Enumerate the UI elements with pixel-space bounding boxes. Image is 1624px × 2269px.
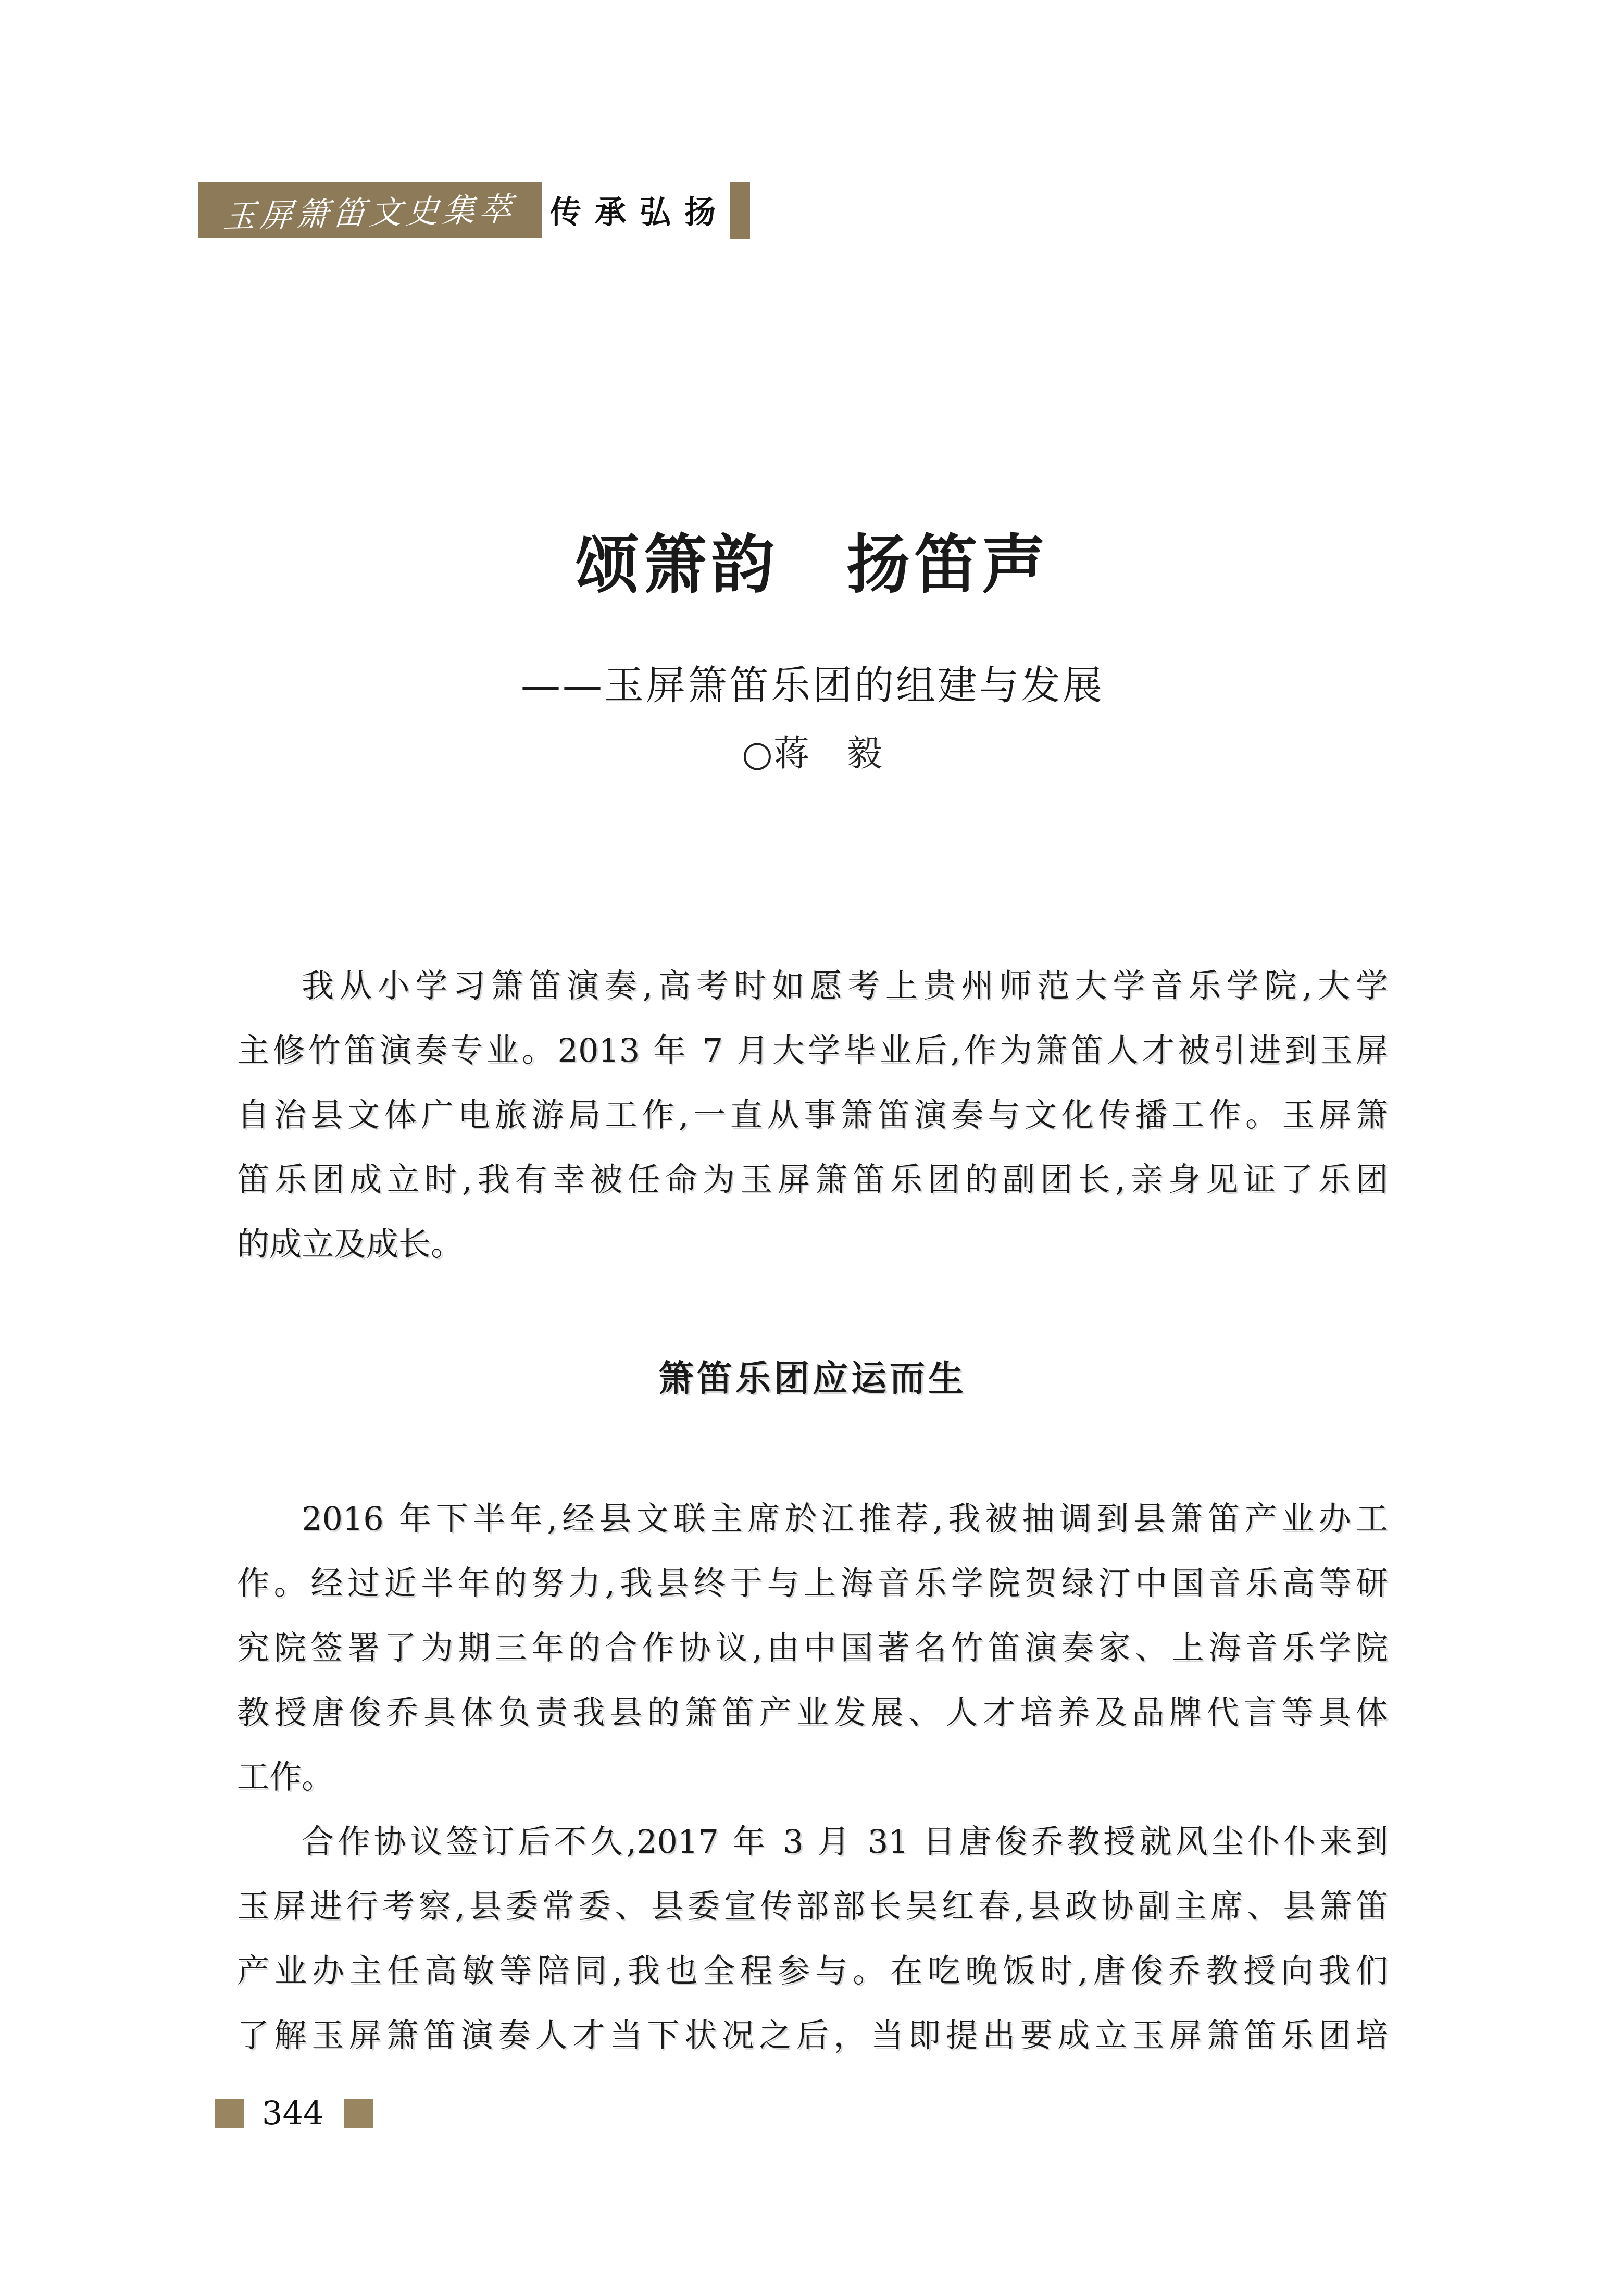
text-line: 笛乐团成立时,我有幸被任命为玉屏箫笛乐团的副团长,亲身见证了乐团 bbox=[237, 1148, 1388, 1212]
text-line: 作。经过近半年的努力,我县终于与上海音乐学院贺绿汀中国音乐高等研 bbox=[237, 1551, 1388, 1616]
text-line: 了解玉屏箫笛演奏人才当下状况之后，当即提出要成立玉屏箫笛乐团培 bbox=[237, 2003, 1388, 2068]
article-title: 颂箫韵 扬笛声 bbox=[237, 532, 1388, 596]
calligraphy-banner: 玉屏箫笛文史集萃 bbox=[198, 182, 542, 238]
banner-section-label: 传承弘扬 bbox=[550, 182, 729, 238]
text-line: 教授唐俊乔具体负责我县的箫笛产业发展、人才培养及品牌代言等具体 bbox=[237, 1680, 1388, 1745]
paragraph: 合作协议签订后不久,2017 年 3 月 31 日唐俊乔教授就风尘仆仆来到玉屏进… bbox=[237, 1810, 1388, 2068]
text-line: 2016 年下半年,经县文联主席於江推荐,我被抽调到县箫笛产业办工 bbox=[237, 1487, 1388, 1551]
text-line: 产业办主任高敏等陪同,我也全程参与。在吃晚饭时,唐俊乔教授向我们 bbox=[237, 1939, 1388, 2003]
book-page: 玉屏箫笛文史集萃 传承弘扬 颂箫韵 扬笛声 ——玉屏箫笛乐团的组建与发展 ○蒋 … bbox=[0, 0, 1624, 2269]
text-line: 自治县文体广电旅游局工作,一直从事箫笛演奏与文化传播工作。玉屏箫 bbox=[237, 1083, 1388, 1148]
text-line: 的成立及成长。 bbox=[237, 1212, 1388, 1277]
article-body: 我从小学习箫笛演奏,高考时如愿考上贵州师范大学音乐学院,大学主修竹笛演奏专业。2… bbox=[237, 954, 1388, 2068]
text-line: 主修竹笛演奏专业。2013 年 7 月大学毕业后,作为箫笛人才被引进到玉屏 bbox=[237, 1018, 1388, 1083]
text-line: 合作协议签订后不久,2017 年 3 月 31 日唐俊乔教授就风尘仆仆来到 bbox=[237, 1810, 1388, 1874]
section-heading: 箫笛乐团应运而生 bbox=[237, 1347, 1388, 1411]
text-line: 工作。 bbox=[237, 1745, 1388, 1810]
section-paragraphs: 2016 年下半年,经县文联主席於江推荐,我被抽调到县箫笛产业办工作。经过近半年… bbox=[237, 1487, 1388, 2068]
banner-accent-bar bbox=[730, 182, 750, 239]
author-line: ○蒋 毅 bbox=[237, 735, 1388, 772]
page-footer: 344 bbox=[215, 2099, 373, 2128]
footer-square-right bbox=[344, 2099, 373, 2128]
header-banner: 玉屏箫笛文史集萃 传承弘扬 bbox=[198, 182, 750, 239]
text-line: 究院签署了为期三年的合作协议,由中国著名竹笛演奏家、上海音乐学院 bbox=[237, 1616, 1388, 1680]
article-subtitle: ——玉屏箫笛乐团的组建与发展 bbox=[237, 666, 1388, 705]
banner-calligraphy-text: 玉屏箫笛文史集萃 bbox=[222, 183, 518, 237]
text-line: 我从小学习箫笛演奏,高考时如愿考上贵州师范大学音乐学院,大学 bbox=[237, 954, 1388, 1018]
paragraph: 2016 年下半年,经县文联主席於江推荐,我被抽调到县箫笛产业办工作。经过近半年… bbox=[237, 1487, 1388, 1810]
text-line: 玉屏进行考察,县委常委、县委宣传部部长吴红春,县政协副主席、县箫笛 bbox=[237, 1874, 1388, 1939]
intro-paragraph: 我从小学习箫笛演奏,高考时如愿考上贵州师范大学音乐学院,大学主修竹笛演奏专业。2… bbox=[237, 954, 1388, 1277]
page-number: 344 bbox=[262, 2099, 323, 2128]
footer-square-left bbox=[215, 2099, 244, 2128]
